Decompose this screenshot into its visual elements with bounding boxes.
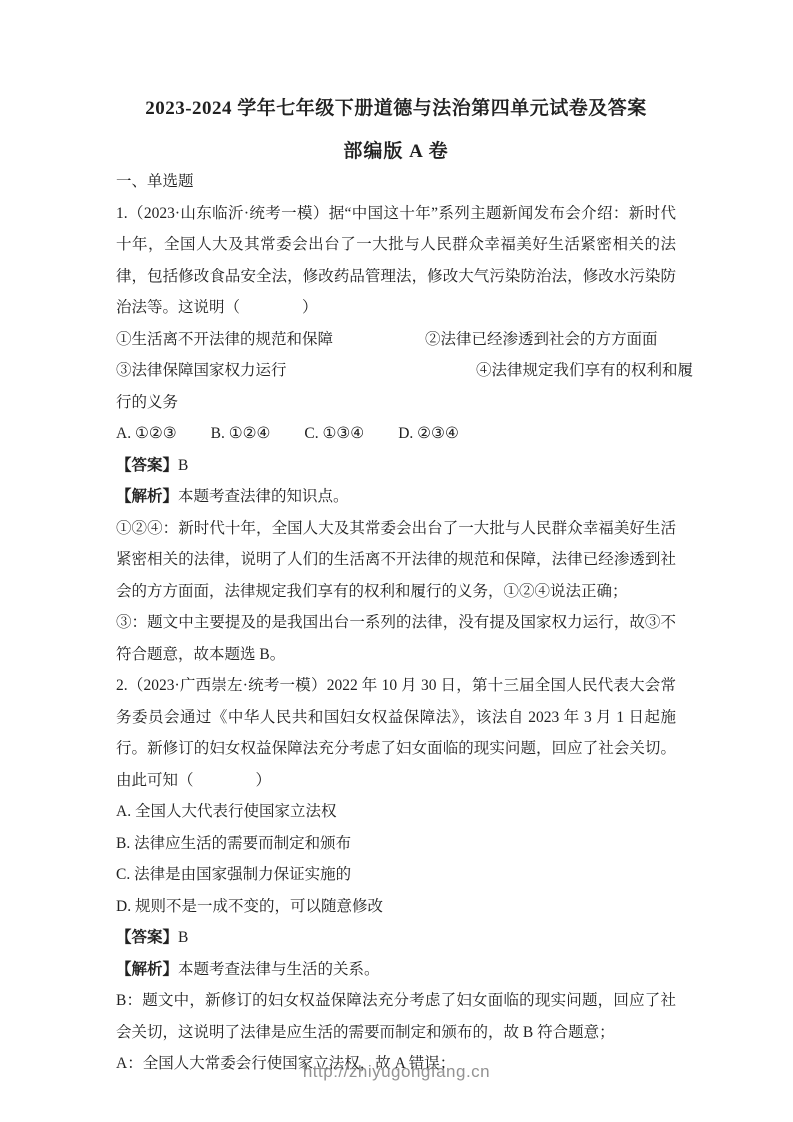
question1-analysis-point1: ①②④：新时代十年，全国人大及其常委会出台了一大批与人民群众幸福美好生活紧密相关… (116, 513, 676, 608)
question2-stem: 2.（2023·广西崇左·统考一模）2022 年 10 月 30 日，第十三届全… (116, 670, 676, 796)
question1-analysis-point2: ③：题文中主要提及的是我国出台一系列的法律，没有提及国家权力运行，故③不符合题意… (116, 607, 676, 670)
question1-statement-row-2: ③法律保障国家权力运行 ④法律规定我们享有的权利和履 (116, 355, 676, 387)
question2-analysis-label: 【解析】 (116, 961, 178, 978)
question1-choice-a: A. ①②③ (116, 418, 177, 450)
question2-choice-b: B. 法律应生活的需要而制定和颁布 (116, 828, 676, 860)
question1-analysis-label: 【解析】 (116, 488, 178, 505)
question2-choice-c: C. 法律是由国家强制力保证实施的 (116, 859, 676, 891)
question1-choice-b: B. ①②④ (211, 418, 271, 450)
question2-answer-label: 【答案】 (116, 929, 178, 946)
question2-answer-value: B (178, 929, 188, 946)
question2-analysis-point1: B：题文中，新修订的妇女权益保障法充分考虑了妇女面临的现实问题，回应了社会关切，… (116, 985, 676, 1048)
question1-answer-line: 【答案】B (116, 450, 676, 482)
question1-statement-1: ①生活离不开法律的规范和保障 (116, 331, 333, 348)
watermark-url: http://zhiyugongfang.cn (0, 1062, 793, 1082)
question1-analysis-heading: 【解析】本题考查法律的知识点。 (116, 481, 676, 513)
section-heading-single-choice: 一、单选题 (116, 166, 676, 198)
question1-choice-c: C. ①③④ (304, 418, 364, 450)
question1-statement-3: ③法律保障国家权力运行 (116, 362, 287, 379)
exam-document-page: 2023-2024 学年七年级下册道德与法治第四单元试卷及答案 部编版 A 卷 … (0, 0, 793, 1122)
document-content-column: 2023-2024 学年七年级下册道德与法治第四单元试卷及答案 部编版 A 卷 … (116, 94, 676, 1080)
question1-answer-label: 【答案】 (116, 457, 178, 474)
question1-statement-2: ②法律已经渗透到社会的方方面面 (425, 324, 658, 356)
question2-choice-a: A. 全国人大代表行使国家立法权 (116, 796, 676, 828)
question1-statement-row-1: ①生活离不开法律的规范和保障 ②法律已经渗透到社会的方方面面 (116, 324, 676, 356)
document-title-line1: 2023-2024 学年七年级下册道德与法治第四单元试卷及答案 (116, 94, 676, 124)
question1-answer-value: B (178, 457, 188, 474)
document-title-line2: 部编版 A 卷 (116, 138, 676, 166)
question1-choices-row: A. ①②③ B. ①②④ C. ①③④ D. ②③④ (116, 418, 676, 450)
question2-analysis-intro: 本题考查法律与生活的关系。 (178, 961, 380, 978)
question1-statement-4-part1: ④法律规定我们享有的权利和履 (476, 355, 693, 387)
question1-analysis-intro: 本题考查法律的知识点。 (178, 488, 349, 505)
question1-statement-4-continuation: 行的义务 (116, 387, 676, 419)
question2-analysis-heading: 【解析】本题考查法律与生活的关系。 (116, 954, 676, 986)
question2-choice-d: D. 规则不是一成不变的，可以随意修改 (116, 891, 676, 923)
question1-choice-d: D. ②③④ (398, 418, 459, 450)
question2-answer-line: 【答案】B (116, 922, 676, 954)
question1-stem: 1.（2023·山东临沂·统考一模）据“中国这十年”系列主题新闻发布会介绍：新时… (116, 198, 676, 324)
